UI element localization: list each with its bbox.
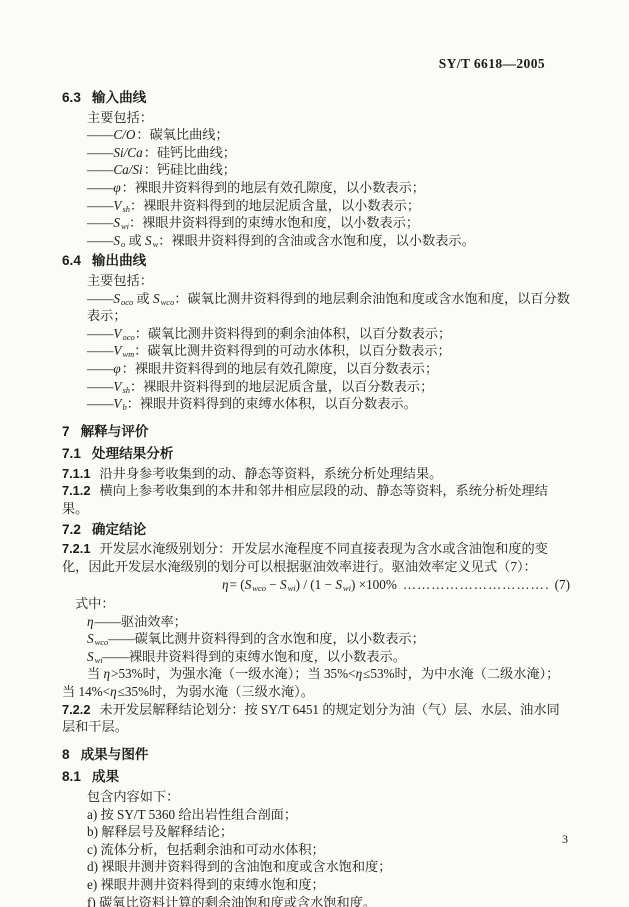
symbol: Ca/Si <box>113 162 143 177</box>
section-title: 解释与评价 <box>81 424 149 439</box>
paragraph: 式中： <box>62 595 570 613</box>
section-heading: 8成果与图件 <box>62 746 570 764</box>
symbol: φ <box>113 361 121 376</box>
text-segment: − <box>266 577 280 592</box>
dash-list-item: ——Vsh：裸眼井资料得到的地层泥质含量，以百分数表示； <box>62 378 570 396</box>
section-number: 8.1 <box>62 769 81 784</box>
clause-number: 7.1.2 <box>62 483 90 498</box>
list-item: c) 流体分析，包括剩余油和可动水体积； <box>62 841 570 859</box>
text-segment: —— <box>87 145 113 160</box>
section-title: 确定结论 <box>92 522 146 537</box>
section-heading: 6.3输入曲线 <box>62 89 570 107</box>
dash-list-item: ——Swi：裸眼井资料得到的束缚水饱和度，以小数表示； <box>62 214 570 232</box>
text-segment: b) 解释层号及解释结论； <box>87 824 233 839</box>
clause: 7.2.1开发层水淹级别划分：开发层水淹程度不同直接表现为含水或含油饱和度的变化… <box>62 540 570 575</box>
symbol-subscript: oco <box>122 332 134 342</box>
dash-list-item: ——So 或 Sw：裸眼井资料得到的含油或含水饱和度，以小数表示。 <box>62 232 570 250</box>
section-number: 7.1 <box>62 446 81 461</box>
text-segment: 或 <box>133 291 153 306</box>
text-segment: c) 流体分析，包括剩余油和可动水体积； <box>87 842 325 857</box>
text-segment: ：裸眼井资料得到的束缚水体积，以百分数表示。 <box>127 396 417 411</box>
text-segment: ：裸眼井资料得到的地层有效孔隙度，以百分数表示； <box>122 361 439 376</box>
paragraph: 主要包括： <box>62 272 570 290</box>
dash-list-item: ——φ：裸眼井资料得到的地层有效孔隙度，以百分数表示； <box>62 360 570 378</box>
text-segment: 式中： <box>75 596 115 611</box>
dash-list-item: ——Vb：裸眼井资料得到的束缚水体积，以百分数表示。 <box>62 395 570 413</box>
text-segment: —— <box>87 326 113 341</box>
list-item: b) 解释层号及解释结论； <box>62 823 570 841</box>
section-number: 6.3 <box>62 90 81 105</box>
text-segment: —— <box>87 180 113 195</box>
text-segment: ：裸眼井资料得到的束缚水饱和度，以小数表示； <box>129 215 419 230</box>
symbol-subscript: wco <box>95 637 109 647</box>
section-number: 7 <box>62 424 70 439</box>
content: 6.3输入曲线主要包括：——C/O：碳氧比曲线；——Si/Ca：硅钙比曲线；——… <box>62 86 570 907</box>
clause: 7.1.2横向上参考收集到的本井和邻井相应层段的动、静态等资料，系统分析处理结果… <box>62 482 570 517</box>
equation-number: (7) <box>555 576 570 594</box>
equation-leader-dots: ……………………………………………… <box>403 576 549 594</box>
clause-number: 7.2.2 <box>62 702 90 717</box>
page-number: 3 <box>562 832 568 847</box>
text-segment: —— <box>87 291 113 306</box>
clause: 7.2.2未开发层解释结论划分：按 SY/T 6451 的规定划分为油（气）层、… <box>62 701 570 736</box>
text-segment: f) 碳氧比资料计算的剩余油饱和度或含水饱和度。 <box>87 895 376 907</box>
text-segment: 主要包括： <box>87 110 153 125</box>
symbol-subscript: wi <box>343 583 351 593</box>
text-segment: —— <box>87 127 113 142</box>
text-segment: e) 裸眼井测井资料得到的束缚水饱和度； <box>87 877 325 892</box>
dash-list-item: ——Si/Ca：硅钙比曲线； <box>62 144 570 162</box>
text-segment: 主要包括： <box>87 273 153 288</box>
symbol-subscript: sh <box>122 204 130 214</box>
section-heading: 7.2确定结论 <box>62 521 570 539</box>
symbol-subscript: oco <box>121 297 133 307</box>
section-heading: 7解释与评价 <box>62 423 570 441</box>
standard-number: SY/T 6618—2005 <box>439 56 545 72</box>
text-segment: —— <box>87 215 113 230</box>
text-segment: ：裸眼井资料得到的地层泥质含量，以百分数表示； <box>130 379 433 394</box>
symbol-subscript: wi <box>121 221 129 231</box>
symbol: S <box>87 631 95 646</box>
text-segment: —— <box>87 162 113 177</box>
dash-list-item: ——φ：裸眼井资料得到的地层有效孔隙度，以小数表示； <box>62 179 570 197</box>
dash-list-item: ——Vsh：裸眼井资料得到的地层泥质含量，以小数表示； <box>62 197 570 215</box>
symbol-definition: η——驱油效率； <box>62 613 570 631</box>
symbol: φ <box>113 180 121 195</box>
symbol: S <box>113 291 121 306</box>
text-segment: ) / (1 − <box>296 577 336 592</box>
symbol-subscript: wi <box>288 583 296 593</box>
list-item: e) 裸眼井测井资料得到的束缚水饱和度； <box>62 876 570 894</box>
text-segment: = ( <box>230 577 245 592</box>
text-segment: ——裸眼井资料得到的束缚水饱和度，以小数表示。 <box>103 649 406 664</box>
section-title: 输出曲线 <box>92 253 146 268</box>
paragraph: 主要包括： <box>62 109 570 127</box>
text-segment: 或 <box>125 233 145 248</box>
text-segment: ：碳氧比曲线； <box>136 127 228 142</box>
text-segment: 沿井身参考收集到的动、静态等资料，系统分析处理结果。 <box>99 466 442 481</box>
equation: η= (Swco − Swi) / (1 − Swi) ×100%…………………… <box>62 576 570 594</box>
symbol-subscript: sh <box>122 385 130 395</box>
text-segment: 当 <box>87 666 103 681</box>
symbol-subscript: wco <box>161 297 175 307</box>
text-segment: —— <box>87 198 113 213</box>
clause-number: 7.2.1 <box>62 541 90 556</box>
list-item: a) 按 SY/T 5360 给出岩性组合剖面； <box>62 806 570 824</box>
symbol: S <box>113 233 121 248</box>
symbol: η <box>87 614 95 629</box>
symbol-subscript: wco <box>252 583 266 593</box>
clause: 7.1.1沿井身参考收集到的动、静态等资料，系统分析处理结果。 <box>62 465 570 483</box>
text-segment: —— <box>87 379 113 394</box>
text-segment: ：裸眼井资料得到的含油或含水饱和度，以小数表示。 <box>158 233 475 248</box>
dash-list-item: ——Vwm：碳氧比测井资料得到的可动水体积，以百分数表示； <box>62 342 570 360</box>
symbol: Si/Ca <box>113 145 143 160</box>
text-segment: —— <box>87 343 113 358</box>
section-title: 处理结果分析 <box>92 446 174 461</box>
symbol: η <box>356 666 364 681</box>
text-segment: d) 裸眼井测井资料得到的含油饱和度或含水饱和度； <box>87 859 391 874</box>
symbol: S <box>87 649 95 664</box>
text-segment: 未开发层解释结论划分：按 SY/T 6451 的规定划分为油（气）层、水层、油水… <box>62 702 560 735</box>
symbol-subscript: wm <box>122 349 134 359</box>
text-segment: ：裸眼井资料得到的地层泥质含量，以小数表示； <box>130 198 420 213</box>
symbol: S <box>335 577 343 592</box>
dash-list-item: ——Ca/Si：钙硅比曲线； <box>62 161 570 179</box>
text-segment: 开发层水淹级别划分：开发层水淹程度不同直接表现为含水或含油饱和度的变化，因此开发… <box>62 541 548 574</box>
symbol-definition: Swco——碳氧比测井资料得到的含水饱和度，以小数表示； <box>62 630 570 648</box>
text-segment: —— <box>87 233 113 248</box>
symbol: η <box>110 684 118 699</box>
symbol: S <box>145 233 153 248</box>
section-number: 6.4 <box>62 253 81 268</box>
section-title: 成果 <box>92 769 119 784</box>
equation-expression: η= (Swco − Swi) / (1 − Swi) ×100% <box>222 576 397 594</box>
text-segment: ——碳氧比测井资料得到的含水饱和度，以小数表示； <box>108 631 425 646</box>
section-title: 输入曲线 <box>92 90 146 105</box>
text-segment: ≤35%时，为弱水淹（三级水淹）。 <box>118 684 314 699</box>
list-item: f) 碳氧比资料计算的剩余油饱和度或含水饱和度。 <box>62 894 570 907</box>
text-segment: 包含内容如下： <box>87 789 179 804</box>
text-segment: —— <box>87 396 113 411</box>
symbol: S <box>113 215 121 230</box>
section-heading: 6.4输出曲线 <box>62 252 570 270</box>
text-segment: —— <box>87 361 113 376</box>
symbol-subscript: wi <box>95 655 103 665</box>
section-number: 7.2 <box>62 522 81 537</box>
text-segment: ：裸眼井资料得到的地层有效孔隙度，以小数表示； <box>122 180 425 195</box>
symbol: η <box>222 577 230 592</box>
section-heading: 7.1处理结果分析 <box>62 445 570 463</box>
text-segment: ：硅钙比曲线； <box>144 145 236 160</box>
dash-list-item: ——Voco：碳氧比测井资料得到的剩余油体积，以百分数表示； <box>62 325 570 343</box>
section-number: 8 <box>62 747 70 762</box>
section-heading: 8.1成果 <box>62 768 570 786</box>
section-title: 成果与图件 <box>81 747 149 762</box>
paragraph: 当 η>53%时，为强水淹（一级水淹）；当 35%<η≤53%时，为中水淹（二级… <box>62 665 570 700</box>
dash-list-item: ——C/O：碳氧比曲线； <box>62 126 570 144</box>
text-segment: ：碳氧比测井资料得到的剩余油体积，以百分数表示； <box>135 326 452 341</box>
text-segment: ) ×100% <box>351 577 397 592</box>
list-item: d) 裸眼井测井资料得到的含油饱和度或含水饱和度； <box>62 858 570 876</box>
symbol: S <box>280 577 288 592</box>
text-segment: >53%时，为强水淹（一级水淹）；当 35%< <box>111 666 356 681</box>
dash-list-item: ——Soco 或 Swco：碳氧比测井资料得到的地层剩余油饱和度或含水饱和度，以… <box>62 290 570 325</box>
paragraph: 包含内容如下： <box>62 788 570 806</box>
symbol: C/O <box>113 127 136 142</box>
symbol: η <box>103 666 111 681</box>
text-segment: ——驱油效率； <box>95 614 187 629</box>
text-segment: ：碳氧比测井资料得到的可动水体积，以百分数表示； <box>134 343 451 358</box>
symbol: S <box>153 291 161 306</box>
clause-number: 7.1.1 <box>62 466 90 481</box>
text-segment: ：钙硅比曲线； <box>144 162 236 177</box>
text-segment: a) 按 SY/T 5360 给出岩性组合剖面； <box>87 807 297 822</box>
symbol-definition: Swi——裸眼井资料得到的束缚水饱和度，以小数表示。 <box>62 648 570 666</box>
text-segment: 横向上参考收集到的本井和邻井相应层段的动、静态等资料，系统分析处理结果。 <box>62 483 548 516</box>
